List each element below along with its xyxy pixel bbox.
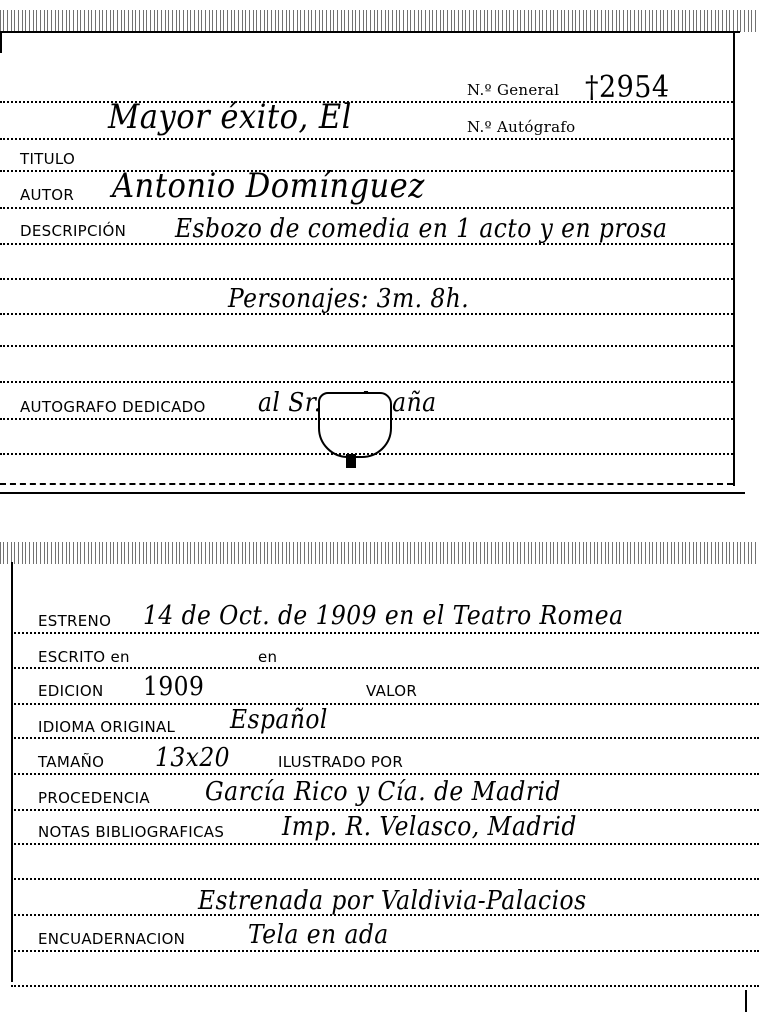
edicion-label: EDICION: [38, 682, 103, 700]
rule-blank-3: [0, 381, 733, 383]
catalogue-card-top: N.º General †2954 Mayor éxito, El N.º Au…: [0, 0, 759, 500]
notas-continued: Estrenada por Valdivia-Palacios: [198, 886, 587, 916]
rule-notas: [11, 843, 759, 845]
numero-autografo-label: N.º Autógrafo: [467, 118, 576, 136]
card-frame-left-edge: [11, 562, 13, 982]
estreno-label: ESTRENO: [38, 612, 111, 630]
rule-personajes: [0, 313, 733, 315]
procedencia-label: PROCEDENCIA: [38, 789, 150, 807]
rule-notas-cont: [11, 914, 759, 916]
title-handwritten: Mayor éxito, El: [108, 97, 352, 137]
rule-autografo: [0, 138, 733, 140]
valor-label: VALOR: [366, 682, 417, 700]
notas-bibliograficas-label: NOTAS BIBLIOGRAFICAS: [38, 823, 224, 841]
rule-encuadernacion: [11, 950, 759, 952]
escrito-label: ESCRITO en: [38, 648, 130, 666]
titulo-label: TITULO: [20, 150, 75, 168]
rule-blank-1: [0, 278, 733, 280]
tamano-label: TAMAÑO: [38, 753, 104, 771]
descripcion-continued: Personajes: 3m. 8h.: [228, 284, 469, 314]
idioma-original-value: Español: [230, 705, 328, 735]
rule-blank-2: [0, 345, 733, 347]
autor-label: AUTOR: [20, 186, 74, 204]
rule-edicion: [11, 703, 759, 705]
procedencia-value: García Rico y Cía. de Madrid: [205, 777, 561, 807]
rule-autor: [0, 207, 733, 209]
rule-idioma: [11, 737, 759, 739]
stamp-mark-icon: [346, 454, 356, 468]
encuadernacion-label: ENCUADERNACION: [38, 930, 185, 948]
idioma-original-label: IDIOMA ORIGINAL: [38, 718, 175, 736]
rule-bottom: [11, 985, 759, 987]
card-frame-right-edge: [733, 31, 735, 486]
rule-tamano: [11, 773, 759, 775]
card-frame-left-edge: [0, 31, 2, 53]
card-frame-top-edge: [0, 31, 740, 33]
encuadernacion-value: Tela en ada: [248, 920, 389, 950]
rule-bottom-dashed: [0, 483, 733, 485]
catalogue-card-bottom: ESTRENO 14 de Oct. de 1909 en el Teatro …: [0, 500, 759, 1028]
rule-blank-5: [11, 878, 759, 880]
scan-noise-bottom: [0, 542, 759, 564]
card-frame-right-mark: [745, 990, 747, 1012]
rule-blank-4: [0, 453, 733, 455]
descripcion-value: Esbozo de comedia en 1 acto y en prosa: [175, 214, 667, 244]
rule-estreno: [11, 632, 759, 634]
rule-dedicado: [0, 418, 733, 420]
rule-descripcion: [0, 243, 733, 245]
numero-general-value: †2954: [585, 70, 669, 105]
escrito-label-second: en: [258, 648, 277, 666]
notas-bibliograficas-value: Imp. R. Velasco, Madrid: [282, 812, 577, 842]
edicion-value: 1909: [143, 672, 204, 702]
autografo-dedicado-label: AUTOGRAFO DEDICADO: [20, 398, 206, 416]
tamano-value: 13x20: [155, 743, 230, 773]
descripcion-label: DESCRIPCIÓN: [20, 222, 126, 240]
estreno-value: 14 de Oct. de 1909 en el Teatro Romea: [143, 601, 623, 631]
card-separator-line: [0, 492, 745, 494]
library-stamp-seal: [318, 392, 392, 458]
rule-procedencia: [11, 809, 759, 811]
autor-value: Antonio Domínguez: [112, 166, 425, 206]
rule-escrito: [11, 667, 759, 669]
ilustrado-por-label: ILUSTRADO POR: [278, 753, 403, 771]
scan-noise-top: [0, 10, 759, 32]
numero-general-label: N.º General: [467, 81, 559, 99]
